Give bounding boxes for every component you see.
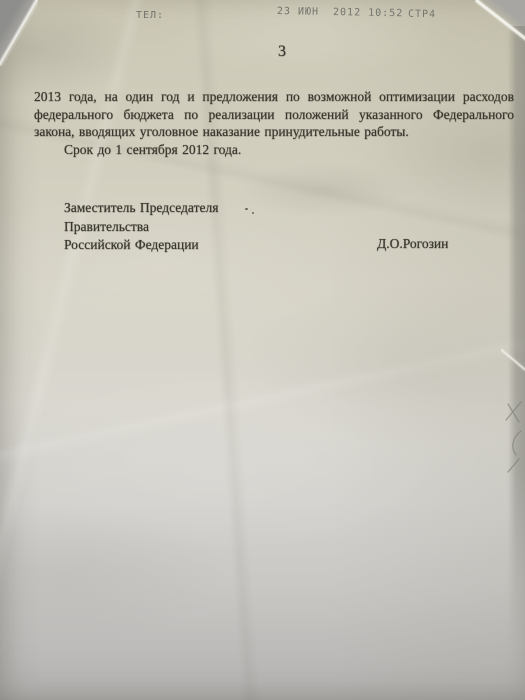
signatory-name: Д.О.Рогозин xyxy=(377,235,448,254)
fax-tel-label: ТЕЛ: xyxy=(136,10,164,21)
deadline-line: Срок до 1 сентября 2012 года. xyxy=(34,141,514,159)
paragraph-line-2: федерального бюджета по реализации полож… xyxy=(34,106,514,124)
pen-dot xyxy=(252,212,254,214)
pen-scribble xyxy=(499,398,525,474)
paragraph-line-1: 2013 года, на один год и предложения по … xyxy=(34,88,514,106)
signature-title-line-3: Российской Федерации xyxy=(64,236,218,255)
document-body: 2013 года, на один год и предложения по … xyxy=(34,88,514,158)
fax-header: ТЕЛ: 23 ИЮН 2012 10:52 СТР4 xyxy=(0,0,525,26)
pen-dot xyxy=(245,208,248,210)
paragraph-line-3: закона, вводящих уголовное наказание при… xyxy=(34,123,514,141)
signature-title-line-2: Правительства xyxy=(64,218,218,237)
document-photo: ТЕЛ: 23 ИЮН 2012 10:52 СТР4 3 2013 года,… xyxy=(0,0,525,700)
signature-title-block: Заместитель Председателя Правительства Р… xyxy=(64,199,218,255)
fax-timestamp: 23 ИЮН 2012 10:52 xyxy=(277,6,404,19)
signature-title-line-1: Заместитель Председателя xyxy=(64,199,218,218)
fax-page-label: СТР4 xyxy=(408,9,436,20)
page-number: 3 xyxy=(247,42,317,62)
